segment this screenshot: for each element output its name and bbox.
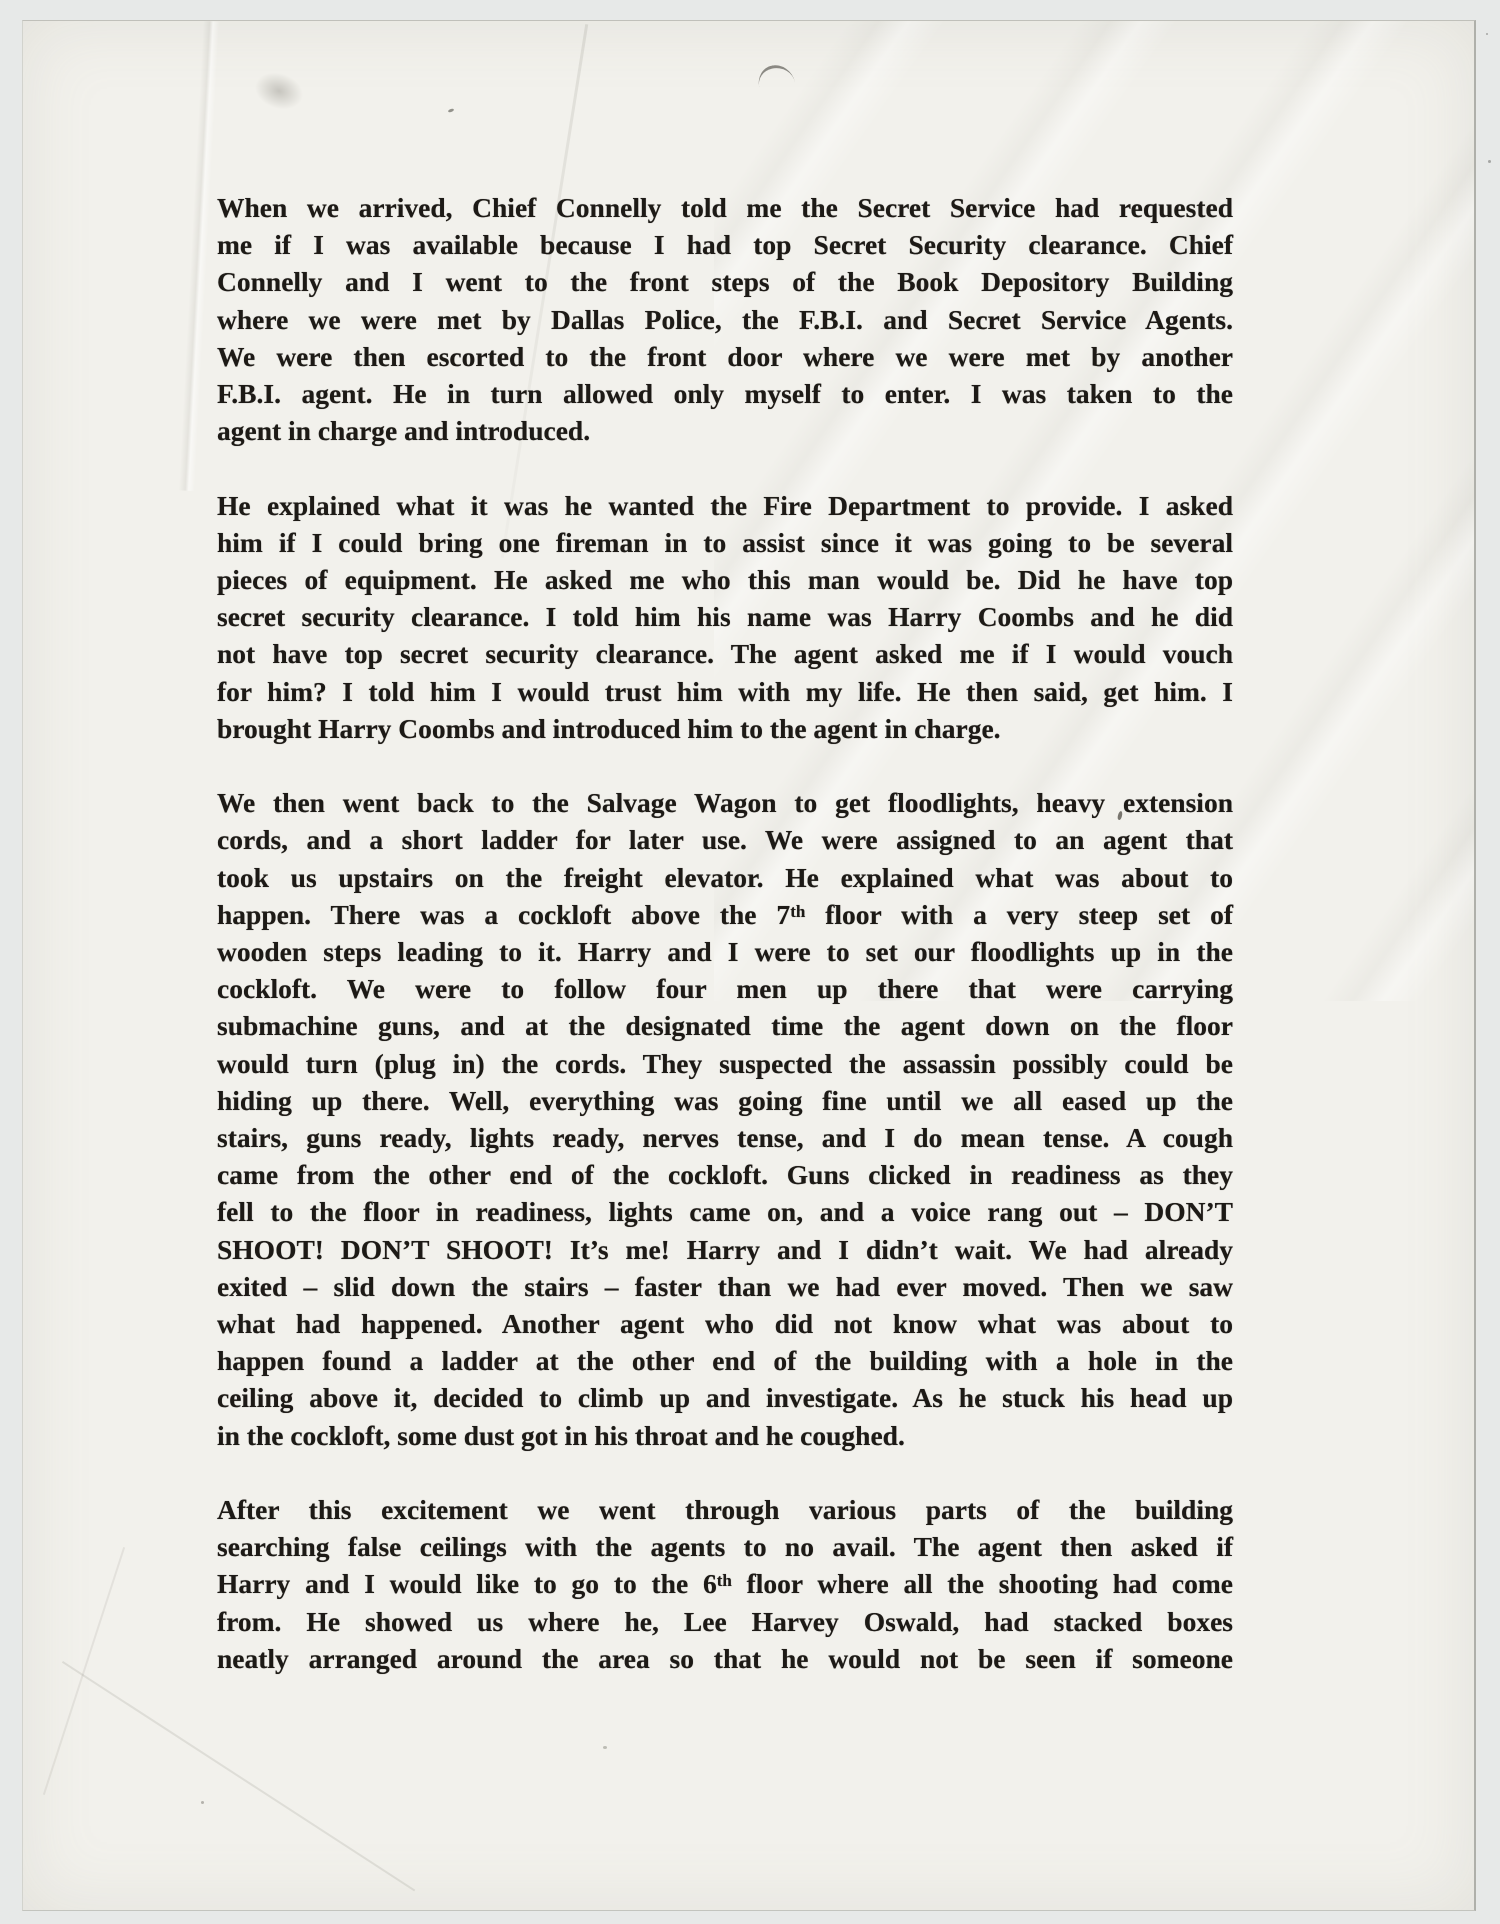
scanned-paper: When we arrived, Chief Connelly told me … bbox=[22, 20, 1476, 1911]
text-line: We were then escorted to the front door … bbox=[217, 338, 1233, 375]
text-line: searching false ceilings with the agents… bbox=[217, 1528, 1233, 1565]
text-line: ceiling above it, decided to climb up an… bbox=[217, 1379, 1233, 1416]
paper-crease-bottom-left bbox=[62, 1661, 415, 1891]
text-line: cords, and a short ladder for later use.… bbox=[217, 821, 1233, 858]
text-line: hiding up there. Well, everything was go… bbox=[217, 1082, 1233, 1119]
text-line: wooden steps leading to it. Harry and I … bbox=[217, 933, 1233, 970]
ordinal-superscript: th bbox=[790, 902, 805, 921]
text-line: After this excitement we went through va… bbox=[217, 1491, 1233, 1528]
paper-speck bbox=[201, 1801, 204, 1804]
paragraph-4: After this excitement we went through va… bbox=[217, 1491, 1233, 1677]
text-line: from. He showed us where he, Lee Harvey … bbox=[217, 1603, 1233, 1640]
text-line: came from the other end of the cockloft.… bbox=[217, 1156, 1233, 1193]
paper-dent-top-left bbox=[246, 63, 312, 118]
text-line: me if I was available because I had top … bbox=[217, 226, 1233, 263]
text-line: not have top secret security clearance. … bbox=[217, 635, 1233, 672]
text-line: in the cockloft, some dust got in his th… bbox=[217, 1417, 1233, 1454]
text-line: neatly arranged around the area so that … bbox=[217, 1640, 1233, 1677]
text-line: for him? I told him I would trust him wi… bbox=[217, 673, 1233, 710]
paper-speck bbox=[448, 108, 455, 113]
text-line: He explained what it was he wanted the F… bbox=[217, 487, 1233, 524]
text-line: agent in charge and introduced. bbox=[217, 412, 1233, 449]
text-line: We then went back to the Salvage Wagon t… bbox=[217, 784, 1233, 821]
document-text: When we arrived, Chief Connelly told me … bbox=[217, 189, 1233, 1677]
paper-crease-bottom-left-2 bbox=[43, 1547, 125, 1795]
text-line: exited – slid down the stairs – faster t… bbox=[217, 1268, 1233, 1305]
text-line: secret security clearance. I told him hi… bbox=[217, 598, 1233, 635]
text-line: Harry and I would like to go to the 6th … bbox=[217, 1565, 1233, 1602]
background-speck bbox=[1488, 160, 1491, 163]
text-line: Connelly and I went to the front steps o… bbox=[217, 263, 1233, 300]
text-line: happen found a ladder at the other end o… bbox=[217, 1342, 1233, 1379]
ordinal-superscript: th bbox=[717, 1571, 732, 1590]
text-line: F.B.I. agent. He in turn allowed only my… bbox=[217, 375, 1233, 412]
scan-background: { "page": { "background_color": "#e7e9e8… bbox=[0, 0, 1500, 1924]
paragraph-3: We then went back to the Salvage Wagon t… bbox=[217, 784, 1233, 1454]
text-line: him if I could bring one fireman in to a… bbox=[217, 524, 1233, 561]
text-line: cockloft. We were to follow four men up … bbox=[217, 970, 1233, 1007]
text-line: SHOOT! DON’T SHOOT! It’s me! Harry and I… bbox=[217, 1231, 1233, 1268]
background-speck bbox=[1486, 33, 1488, 35]
text-line: brought Harry Coombs and introduced him … bbox=[217, 710, 1233, 747]
paper-speck bbox=[603, 1746, 607, 1749]
text-line: When we arrived, Chief Connelly told me … bbox=[217, 189, 1233, 226]
text-line: took us upstairs on the freight elevator… bbox=[217, 859, 1233, 896]
text-line: submachine guns, and at the designated t… bbox=[217, 1007, 1233, 1044]
text-line: would turn (plug in) the cords. They sus… bbox=[217, 1045, 1233, 1082]
text-line: stairs, guns ready, lights ready, nerves… bbox=[217, 1119, 1233, 1156]
text-line: pieces of equipment. He asked me who thi… bbox=[217, 561, 1233, 598]
text-line: fell to the floor in readiness, lights c… bbox=[217, 1193, 1233, 1230]
paper-dent-top-center bbox=[755, 62, 796, 98]
paragraph-1: When we arrived, Chief Connelly told me … bbox=[217, 189, 1233, 449]
text-line: what had happened. Another agent who did… bbox=[217, 1305, 1233, 1342]
text-line: happen. There was a cockloft above the 7… bbox=[217, 896, 1233, 933]
paper-crease-vertical bbox=[179, 21, 220, 491]
text-line: where we were met by Dallas Police, the … bbox=[217, 301, 1233, 338]
paragraph-2: He explained what it was he wanted the F… bbox=[217, 487, 1233, 747]
